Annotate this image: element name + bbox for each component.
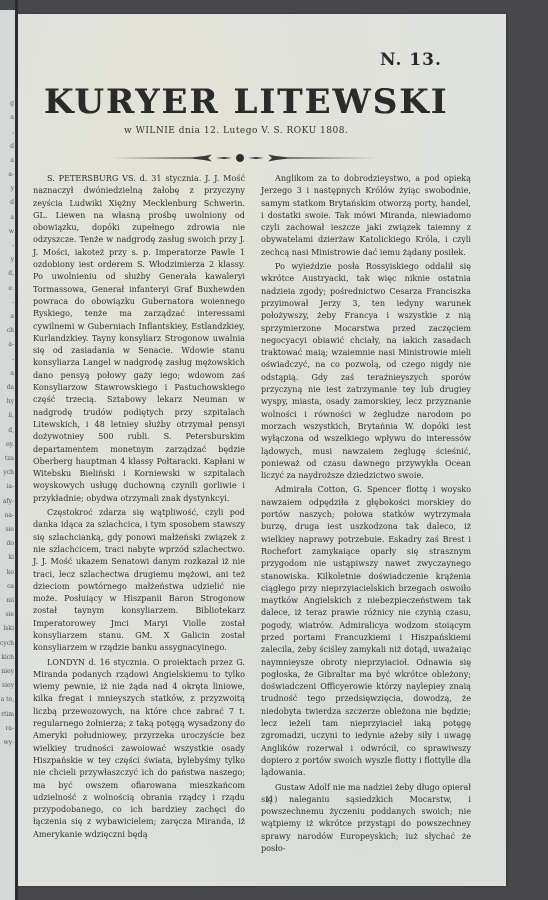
previous-page-text-fragment: ki xyxy=(0,554,14,562)
previous-page-text-fragment: cych xyxy=(0,640,14,648)
newspaper-page: N. 13. KURYER LITEWSKI w WILNIE dnia 12.… xyxy=(18,14,506,886)
previous-page-text-fragment: a xyxy=(0,370,14,378)
previous-page-text-fragment: na- xyxy=(0,512,14,520)
previous-page-text-fragment: a to, xyxy=(0,696,14,704)
previous-page-text-fragment: w xyxy=(0,228,14,236)
previous-page-text-fragment: afy- xyxy=(0,498,14,506)
previous-page-text-fragment: do xyxy=(0,540,14,548)
masthead-title: KURYER LITEWSKI xyxy=(44,82,454,122)
previous-page-text-fragment: a- xyxy=(0,171,14,179)
previous-page-text-fragment: kich xyxy=(0,654,14,662)
article-austrian-envoy: Po wyieździe posła Rossyiskiego oddalił … xyxy=(261,260,471,481)
article-london-continued: Anglikom za to dobrodzieystwo, a pod opi… xyxy=(261,172,471,258)
article-nobility-decree: Częstokroć zdarza się wątpliwość, czyli … xyxy=(33,506,245,654)
previous-page-text-fragment: niey xyxy=(0,668,14,676)
previous-page-text-fragment: ey. xyxy=(0,441,14,449)
previous-page-text-fragment: ii, xyxy=(0,412,14,420)
dateline: w WILNIE dnia 12. Lutego V. S. ROKU 1808… xyxy=(124,126,348,136)
previous-page-text-fragment: siey xyxy=(0,682,14,690)
article-st-petersburg: S. PETERSBURG VS. d. 31 stycznia. J. J. … xyxy=(33,172,245,504)
article-admiral-cotton: Admirała Cotton, G. Spencer flottę i woy… xyxy=(261,483,471,778)
previous-page-text-fragment: d xyxy=(0,199,14,207)
issue-number: N. 13. xyxy=(380,50,442,70)
previous-page-text-fragment: rtim xyxy=(0,711,14,719)
previous-page-text-fragment: ia- xyxy=(0,483,14,491)
previous-page-text-fragment: ra- xyxy=(0,725,14,733)
signature-mark: (1) xyxy=(266,795,277,804)
previous-page-text-fragment: sie xyxy=(0,526,14,534)
previous-page-text-fragment: d, xyxy=(0,270,14,278)
right-column: Anglikom za to dobrodzieystwo, a pod opi… xyxy=(261,172,471,854)
previous-page-text-fragment: a xyxy=(0,214,14,222)
previous-page-text-fragment: a xyxy=(0,114,14,122)
previous-page-text-fragment: ca xyxy=(0,583,14,591)
article-london: LONDYN d. 16 stycznia. O proiektach prze… xyxy=(33,656,245,840)
previous-page-text-fragment: a xyxy=(0,313,14,321)
previous-page-text-fragment: tza xyxy=(0,455,14,463)
previous-page-text-fragment: lski xyxy=(0,625,14,633)
previous-page-text-fragment: - xyxy=(0,299,14,307)
article-gustaw-adolf: Gustaw Adolf nie ma nadziei żeby długo o… xyxy=(261,781,471,855)
previous-page-text-fragment: y xyxy=(0,185,14,193)
previous-page-text-fragment: a- xyxy=(0,341,14,349)
previous-page-text-fragment: sie xyxy=(0,611,14,619)
previous-page-text-fragment: d, xyxy=(0,427,14,435)
previous-page-text-fragment: ko xyxy=(0,569,14,577)
previous-page-text-fragment: da xyxy=(0,384,14,392)
previous-page-text-fragment: d xyxy=(0,143,14,151)
previous-page-text-fragment: ych xyxy=(0,469,14,477)
previous-page-text-fragment: nii xyxy=(0,597,14,605)
previous-page-text-fragment: - xyxy=(0,242,14,250)
previous-page-text-fragment: y xyxy=(0,256,14,264)
previous-page-edge: ga,daa-ydaw-yd,e.-acha--adahyii,d,ey.tza… xyxy=(0,10,15,900)
previous-page-text-fragment: g xyxy=(0,100,14,108)
previous-page-text-fragment: a xyxy=(0,157,14,165)
previous-page-text-fragment: - xyxy=(0,356,14,364)
ornamental-divider-icon xyxy=(112,152,382,164)
document-viewer: ga,daa-ydaw-yd,e.-acha--adahyii,d,ey.tza… xyxy=(0,0,548,900)
previous-page-text-fragment: hy xyxy=(0,398,14,406)
previous-page-text-fragment: ch xyxy=(0,327,14,335)
previous-page-text-fragment: , xyxy=(0,128,14,136)
previous-page-text-fragment: wy- xyxy=(0,739,14,747)
left-column: S. PETERSBURG VS. d. 31 stycznia. J. J. … xyxy=(33,172,245,840)
previous-page-text-fragment: e. xyxy=(0,285,14,293)
